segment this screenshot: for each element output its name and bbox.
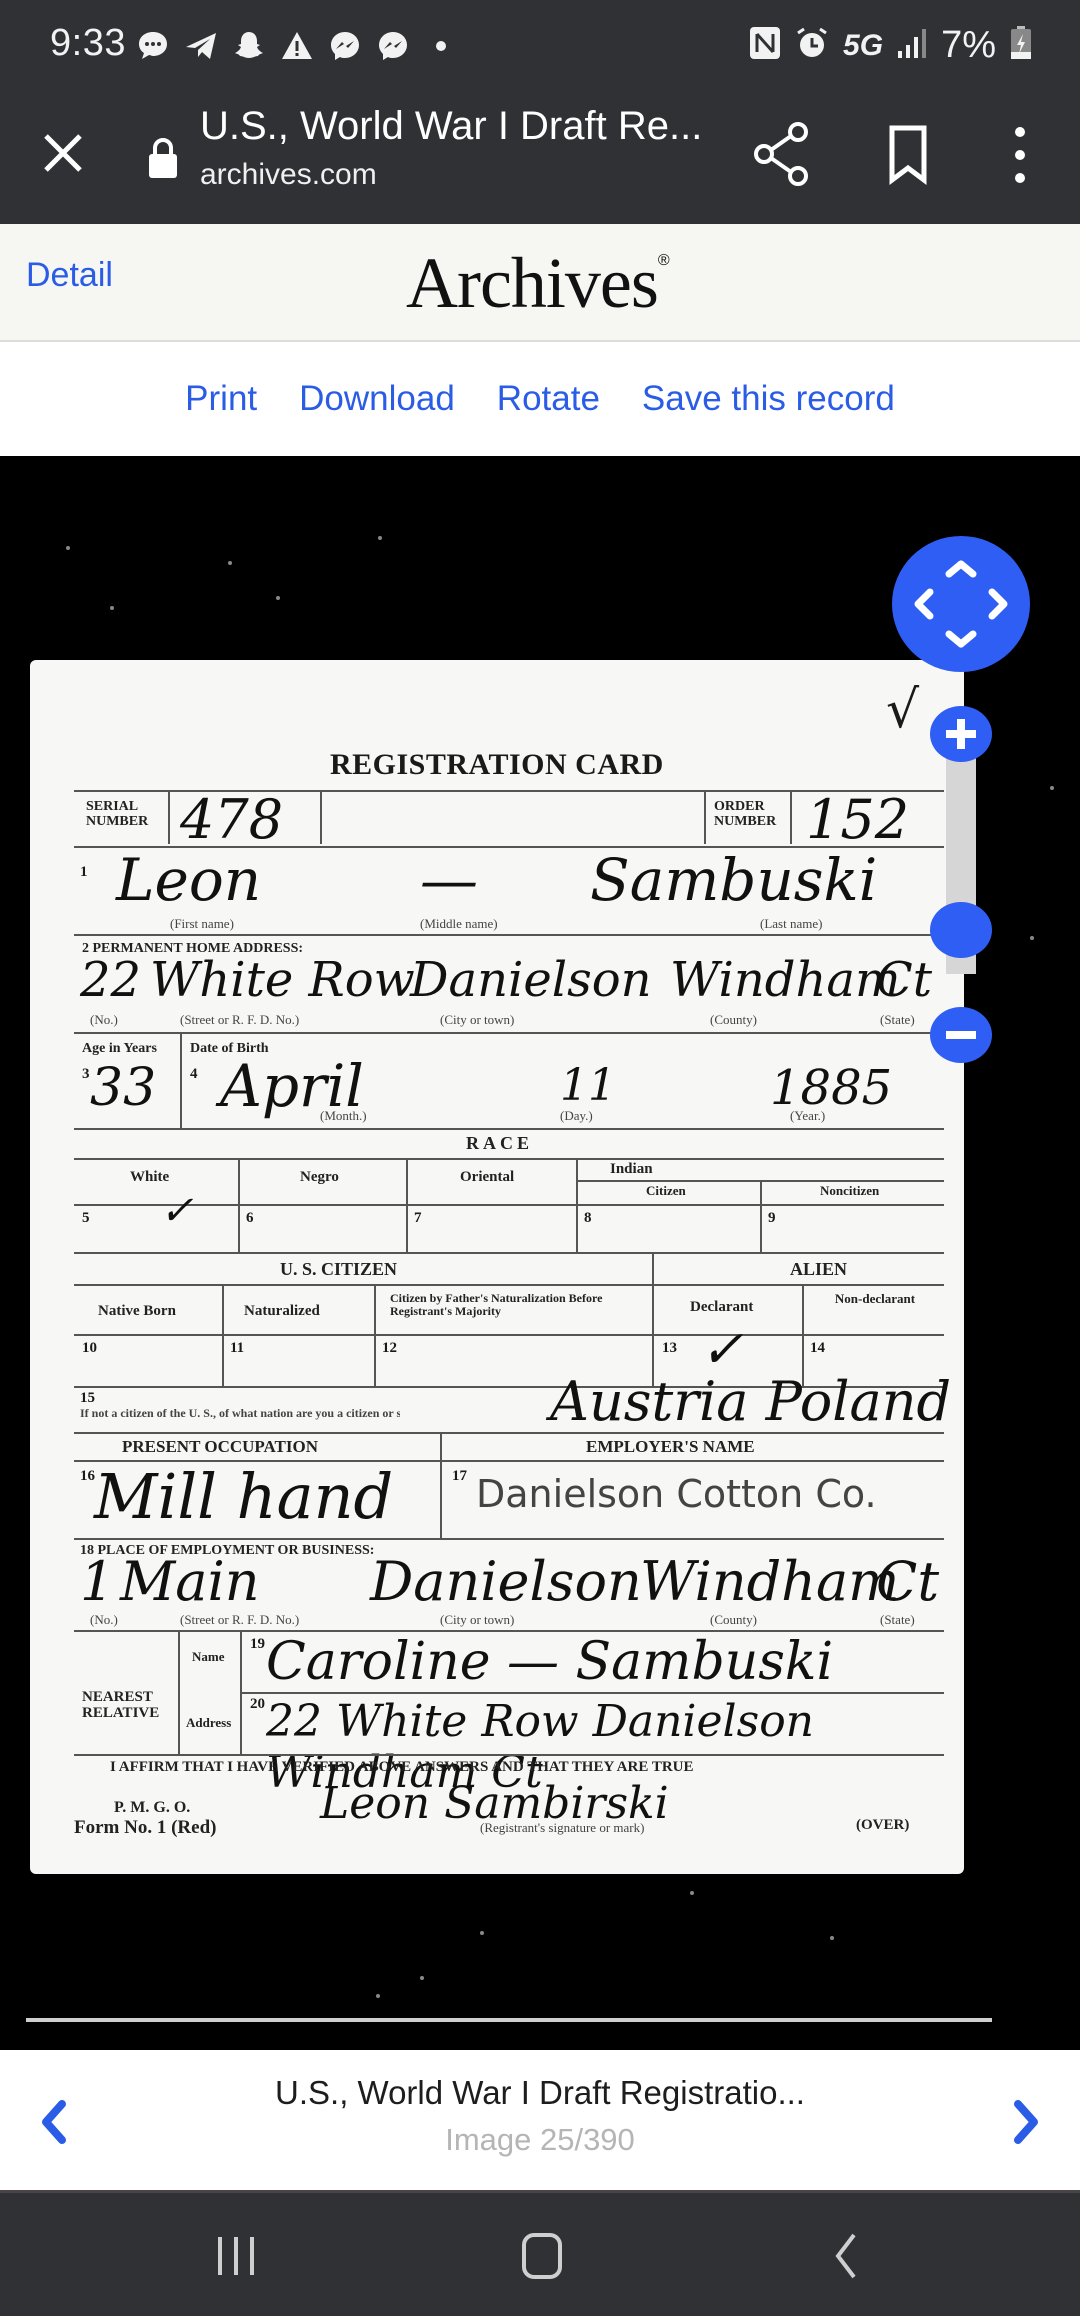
address-sublabel: (County) bbox=[710, 1612, 757, 1628]
alien-col-declarant: Declarant bbox=[690, 1300, 753, 1316]
relative-name-value: Caroline — Sambuski bbox=[266, 1632, 833, 1692]
5g-icon: 5G bbox=[843, 29, 883, 63]
affirm-statement: I AFFIRM THAT I HAVE VERIFIED ABOVE ANSW… bbox=[110, 1760, 694, 1776]
race-col-white: White bbox=[130, 1170, 169, 1186]
page-title: U.S., World War I Draft Re... bbox=[200, 104, 702, 149]
over-label: (OVER) bbox=[856, 1818, 909, 1834]
system-status: 5G 7% bbox=[749, 24, 1032, 67]
close-tab-button[interactable] bbox=[38, 128, 88, 178]
check-mark: √ bbox=[886, 680, 919, 740]
home-button[interactable] bbox=[512, 2231, 572, 2281]
signal-icon bbox=[897, 27, 927, 64]
race-col-negro: Negro bbox=[300, 1170, 339, 1186]
race-label: RACE bbox=[466, 1134, 533, 1153]
dob-day: 11 bbox=[560, 1060, 616, 1111]
citizen-col-naturalized: Naturalized bbox=[244, 1304, 320, 1320]
serial-number-value: 478 bbox=[180, 788, 283, 851]
browser-toolbar: U.S., World War I Draft Re... archives.c… bbox=[0, 90, 1080, 224]
first-name-value: Leon bbox=[116, 846, 261, 914]
field-number: 9 bbox=[768, 1210, 776, 1227]
race-col-oriental: Oriental bbox=[460, 1170, 514, 1186]
back-button[interactable] bbox=[816, 2231, 876, 2281]
first-name-label: (First name) bbox=[170, 916, 234, 932]
field-number: 11 bbox=[230, 1340, 244, 1357]
address-sublabel: (No.) bbox=[90, 1012, 118, 1028]
nation-answer: Austria Poland bbox=[550, 1370, 951, 1433]
address-sublabel: (Street or R. F. D. No.) bbox=[180, 1012, 299, 1028]
scan-speck bbox=[276, 596, 280, 600]
zoom-slider-thumb[interactable] bbox=[930, 902, 992, 958]
address-sublabel: (City or town) bbox=[440, 1012, 514, 1028]
registration-card-image[interactable]: √ REGISTRATION CARD SERIAL NUMBER 478 OR… bbox=[30, 660, 964, 1874]
next-image-button[interactable] bbox=[1006, 2094, 1046, 2150]
status-time: 9:33 bbox=[50, 22, 126, 65]
share-icon bbox=[752, 120, 812, 188]
employer-label: EMPLOYER'S NAME bbox=[586, 1438, 755, 1456]
site-header: Detail Archives® bbox=[0, 224, 1080, 342]
last-name-value: Sambuski bbox=[590, 846, 877, 914]
recents-button[interactable] bbox=[208, 2231, 268, 2281]
download-link[interactable]: Download bbox=[299, 379, 455, 419]
zoom-in-button[interactable] bbox=[930, 706, 992, 762]
home-address-no: 22 bbox=[80, 952, 141, 1008]
notification-icons bbox=[135, 28, 459, 64]
messenger-icon bbox=[327, 28, 363, 64]
share-button[interactable] bbox=[752, 120, 812, 188]
field-number: 8 bbox=[584, 1210, 592, 1227]
last-name-label: (Last name) bbox=[760, 916, 822, 932]
lock-icon[interactable] bbox=[146, 136, 180, 180]
field-number: 5 bbox=[82, 1210, 90, 1227]
address-sublabel: (City or town) bbox=[440, 1612, 514, 1628]
dob-sublabel: (Month.) bbox=[320, 1108, 367, 1124]
home-icon bbox=[512, 2231, 572, 2281]
place-street: Main bbox=[120, 1550, 260, 1613]
page-url[interactable]: archives.com bbox=[200, 158, 377, 192]
age-label: Age in Years bbox=[82, 1042, 157, 1057]
card-title: REGISTRATION CARD bbox=[330, 748, 664, 782]
field-number: 7 bbox=[414, 1210, 422, 1227]
image-info-bar: U.S., World War I Draft Registratio... I… bbox=[0, 2050, 1080, 2190]
place-no: 1 bbox=[80, 1550, 114, 1613]
record-toolbar: Print Download Rotate Save this record bbox=[0, 342, 1080, 456]
citizen-col-native: Native Born bbox=[98, 1304, 176, 1320]
recents-icon bbox=[208, 2231, 268, 2281]
zoom-out-button[interactable] bbox=[930, 1007, 992, 1063]
citizen-col-father: Citizen by Father's Naturalization Befor… bbox=[390, 1292, 640, 1317]
battery-charging-icon bbox=[1010, 26, 1032, 65]
address-sublabel: (No.) bbox=[90, 1612, 118, 1628]
scan-speck bbox=[376, 1994, 380, 1998]
middle-name-value: — bbox=[420, 846, 478, 914]
logo-text: Archives bbox=[406, 243, 658, 323]
alarm-icon bbox=[795, 26, 829, 65]
close-icon bbox=[38, 128, 88, 178]
dob-year: 1885 bbox=[770, 1060, 892, 1116]
back-icon bbox=[816, 2231, 876, 2281]
next-page-edge bbox=[26, 2018, 992, 2022]
chevron-right-icon bbox=[1006, 2094, 1046, 2150]
form-label-number: Form No. 1 (Red) bbox=[74, 1818, 216, 1838]
more-vert-icon bbox=[1000, 124, 1040, 186]
scan-speck bbox=[1030, 936, 1034, 940]
home-address-county: Windham bbox=[670, 952, 901, 1008]
place-city: Danielson bbox=[370, 1550, 642, 1613]
address-sublabel: (State) bbox=[880, 1012, 915, 1028]
warning-icon bbox=[279, 28, 315, 64]
telegram-icon bbox=[183, 28, 219, 64]
nfc-icon bbox=[749, 26, 781, 65]
field-number: 12 bbox=[382, 1340, 397, 1357]
chat-icon bbox=[135, 28, 171, 64]
scan-speck bbox=[690, 1891, 694, 1895]
address-sublabel: (State) bbox=[880, 1612, 915, 1628]
order-number-label: ORDER NUMBER bbox=[714, 800, 780, 829]
middle-name-label: (Middle name) bbox=[420, 916, 498, 932]
address-sublabel: (County) bbox=[710, 1012, 757, 1028]
dob-sublabel: (Year.) bbox=[790, 1108, 825, 1124]
messenger-icon bbox=[375, 28, 411, 64]
archives-logo[interactable]: Archives® bbox=[406, 242, 669, 325]
nearest-relative-label: NEAREST RELATIVE bbox=[82, 1690, 172, 1722]
place-state: Ct bbox=[876, 1550, 939, 1613]
place-county: Windham bbox=[640, 1550, 899, 1613]
field-number: 13 bbox=[662, 1340, 677, 1357]
registered-mark: ® bbox=[658, 252, 669, 269]
relative-address-label: Address bbox=[186, 1716, 231, 1730]
race-white-check: ✓ bbox=[160, 1188, 194, 1234]
signature-label: (Registrant's signature or mark) bbox=[480, 1820, 644, 1836]
pan-control[interactable] bbox=[892, 536, 1030, 672]
dot-icon bbox=[423, 28, 459, 64]
image-count: Image 25/390 bbox=[0, 2122, 1080, 2158]
address-sublabel: (Street or R. F. D. No.) bbox=[180, 1612, 299, 1628]
occupation-label: PRESENT OCCUPATION bbox=[122, 1438, 318, 1456]
scan-speck bbox=[420, 1976, 424, 1980]
relative-name-label: Name bbox=[192, 1650, 225, 1664]
order-number-value: 152 bbox=[806, 788, 909, 851]
serial-number-label: SERIAL NUMBER bbox=[86, 800, 146, 829]
scan-speck bbox=[378, 536, 382, 540]
alien-col-nondeclarant: Non-declarant bbox=[820, 1292, 930, 1306]
status-bar: 9:33 5G 7% bbox=[0, 0, 1080, 90]
home-address-state: Ct bbox=[876, 952, 932, 1008]
alien-label: ALIEN bbox=[790, 1260, 847, 1279]
occupation-value: Mill hand bbox=[94, 1460, 393, 1533]
print-link[interactable]: Print bbox=[185, 379, 257, 419]
scan-speck bbox=[110, 606, 114, 610]
field-number: 14 bbox=[810, 1340, 825, 1357]
collection-title: U.S., World War I Draft Registratio... bbox=[0, 2074, 1080, 2112]
battery-percent: 7% bbox=[941, 24, 996, 67]
race-col-noncitizen: Noncitizen bbox=[820, 1184, 879, 1198]
field-number: 6 bbox=[246, 1210, 254, 1227]
scan-speck bbox=[830, 1936, 834, 1940]
minus-icon bbox=[930, 1007, 992, 1063]
dob-sublabel: (Day.) bbox=[560, 1108, 593, 1124]
detail-link[interactable]: Detail bbox=[26, 256, 113, 295]
home-address-street: White Row bbox=[150, 952, 415, 1008]
plus-icon bbox=[930, 706, 992, 762]
bookmark-button[interactable] bbox=[878, 124, 938, 186]
bookmark-icon bbox=[878, 124, 938, 186]
race-col-citizen: Citizen bbox=[646, 1184, 686, 1198]
scan-speck bbox=[66, 546, 70, 550]
scan-speck bbox=[1050, 786, 1054, 790]
form-label-pmgo: P. M. G. O. bbox=[114, 1800, 190, 1817]
age-value: 33 bbox=[90, 1058, 156, 1118]
scan-speck bbox=[480, 1931, 484, 1935]
image-viewer[interactable]: √ REGISTRATION CARD SERIAL NUMBER 478 OR… bbox=[0, 456, 1080, 2050]
nation-question: If not a citizen of the U. S., of what n… bbox=[80, 1406, 400, 1421]
save-record-link[interactable]: Save this record bbox=[642, 379, 895, 419]
pan-arrows-icon bbox=[892, 536, 1030, 672]
employer-value: Danielson Cotton Co. bbox=[476, 1472, 877, 1516]
home-address-city: Danielson bbox=[410, 952, 652, 1008]
rotate-link[interactable]: Rotate bbox=[497, 379, 600, 419]
field-number: 10 bbox=[82, 1340, 97, 1357]
overflow-menu-button[interactable] bbox=[1000, 124, 1040, 186]
scan-speck bbox=[228, 561, 232, 565]
system-navigation-bar bbox=[0, 2190, 1080, 2316]
indian-label: Indian bbox=[610, 1162, 653, 1178]
us-citizen-label: U. S. CITIZEN bbox=[280, 1260, 397, 1279]
snapchat-icon bbox=[231, 28, 267, 64]
